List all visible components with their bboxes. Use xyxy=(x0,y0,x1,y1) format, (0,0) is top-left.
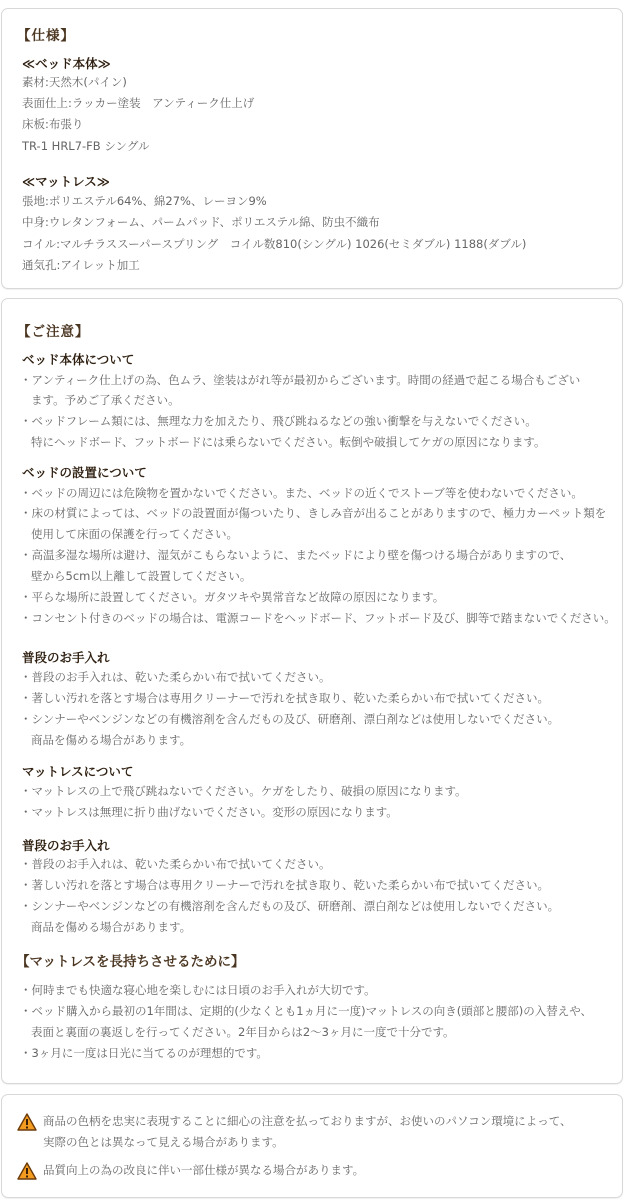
caution-line: ます。予めご了承ください。 xyxy=(31,393,180,407)
spec-line: 表面仕上:ラッカー塗装 アンティーク仕上げ xyxy=(22,96,254,110)
caution-line: ・著しい汚れを落とす場合は専用クリーナーで汚れを拭き取り、乾いた柔らかい布で拭い… xyxy=(20,878,549,892)
spec-line: TR-1 HRL7-FB シングル xyxy=(22,139,149,153)
caution-title: 【ご注意】 xyxy=(17,320,90,340)
spec-line: コイル:マルチラススーパースプリング コイル数810(シングル) 1026(セミ… xyxy=(22,237,526,251)
caution-heading-daily-care: 普段のお手入れ xyxy=(22,648,110,666)
spec-line: 床板:布張り xyxy=(22,117,83,131)
caution-heading-mattress: マットレスについて xyxy=(22,762,133,780)
spec-line: 素材:天然木(パイン) xyxy=(22,75,127,89)
caution-line: 特にヘッドボード、フットボードには乗らないでください。転倒や破損してケガの原因に… xyxy=(31,435,546,449)
caution-heading-installation: ベッドの設置について xyxy=(22,463,147,481)
caution-heading-bed-body: ベッド本体について xyxy=(22,350,134,368)
caution-line: ・アンティーク仕上げの為、色ムラ、塗装はがれ等が最初からございます。時間の経過で… xyxy=(20,373,580,387)
caution-line: ・平らな場所に設置してください。ガタツキや異常音など故障の原因になります。 xyxy=(20,590,444,604)
longevity-line: ・何時までも快適な寝心地を楽しむには日頃のお手入れが大切です。 xyxy=(20,983,376,997)
mattress-spec-heading: ≪マットレス≫ xyxy=(22,172,110,190)
caution-line: ・マットレスの上で飛び跳ねないでください。ケガをしたり、破損の原因になります。 xyxy=(20,784,467,798)
warning-triangle-icon xyxy=(17,1113,37,1131)
notice-panel: 商品の色柄を忠実に表現することに細心の注意を払っておりますが、お使いのパソコン環… xyxy=(1,1094,623,1198)
spec-title: 【仕様】 xyxy=(17,24,75,44)
bed-spec-heading: ≪ベッド本体≫ xyxy=(22,54,111,72)
caution-line: 商品を傷める場合があります。 xyxy=(31,920,191,934)
caution-line: 使用して床面の保護を行ってください。 xyxy=(31,527,238,541)
caution-line: ・床の材質によっては、ベッドの設置面が傷ついたり、きしみ音が出ることがありますの… xyxy=(20,506,606,520)
caution-line: ・マットレスは無理に折り曲げないでください。変形の原因になります。 xyxy=(20,805,398,819)
longevity-line: 表面と裏面の裏返しを行ってください。2年目からは2～3ヶ月に一度で十分です。 xyxy=(31,1025,455,1039)
caution-line: ・著しい汚れを落とす場合は専用クリーナーで汚れを拭き取り、乾いた柔らかい布で拭い… xyxy=(20,691,549,705)
spec-panel: 【仕様】 ≪ベッド本体≫ 素材:天然木(パイン) 表面仕上:ラッカー塗装 アンテ… xyxy=(1,8,623,289)
caution-heading-daily-care-2: 普段のお手入れ xyxy=(22,836,110,854)
notice-line: 商品の色柄を忠実に表現することに細心の注意を払っておりますが、お使いのパソコン環… xyxy=(43,1111,572,1132)
spec-line: 通気孔:アイレット加工 xyxy=(22,258,140,272)
spec-line: 張地:ポリエステル64%、綿27%、レーヨン9% xyxy=(22,194,267,208)
notice-item: 品質向上の為の改良に伴い一部仕様が異なる場合があります。 xyxy=(17,1162,364,1181)
caution-line: ・普段のお手入れは、乾いた柔らかい布で拭いてください。 xyxy=(20,857,331,871)
longevity-line: ・ベッド購入から最初の1年間は、定期的(少なくとも1ヵ月に一度)マットレスの向き… xyxy=(20,1004,592,1018)
caution-line: 商品を傷める場合があります。 xyxy=(31,733,191,747)
spec-line: 中身:ウレタンフォーム、パームパッド、ポリエステル綿、防虫不織布 xyxy=(22,215,380,229)
caution-line: ・シンナーやベンジンなどの有機溶剤を含んだもの及び、研磨剤、漂白剤などは使用しな… xyxy=(20,899,559,913)
caution-line: ・ベッドの周辺には危険物を置かないでください。また、ベッドの近くでストーブ等を使… xyxy=(20,486,583,500)
warning-triangle-icon xyxy=(17,1162,37,1180)
longevity-title: 【マットレスを長持ちさせるために】 xyxy=(16,950,245,970)
notice-item: 商品の色柄を忠実に表現することに細心の注意を払っておりますが、お使いのパソコン環… xyxy=(17,1113,572,1153)
caution-line: ・普段のお手入れは、乾いた柔らかい布で拭いてください。 xyxy=(20,670,331,684)
notice-line: 実際の色とは異なって見える場合があります。 xyxy=(43,1132,572,1153)
caution-line: ・高温多湿な場所は避け、湿気がこもらないように、またベッドにより壁を傷つける場合… xyxy=(20,548,571,562)
caution-line: ・コンセント付きのベッドの場合は、電源コードをヘッドボード、フットボード及び、脚… xyxy=(20,611,616,625)
caution-line: ・ベッドフレーム類には、無理な力を加えたり、飛び跳ねるなどの強い衝撃を与えないで… xyxy=(20,414,537,428)
caution-line: ・シンナーやベンジンなどの有機溶剤を含んだもの及び、研磨剤、漂白剤などは使用しな… xyxy=(20,712,559,726)
notice-line: 品質向上の為の改良に伴い一部仕様が異なる場合があります。 xyxy=(43,1160,364,1181)
caution-line: 壁から5cm以上離して設置してください。 xyxy=(31,569,251,583)
longevity-line: ・3ヶ月に一度は日光に当てるのが理想的です。 xyxy=(20,1046,268,1060)
caution-panel: 【ご注意】 ベッド本体について ・アンティーク仕上げの為、色ムラ、塗装はがれ等が… xyxy=(1,298,623,1084)
